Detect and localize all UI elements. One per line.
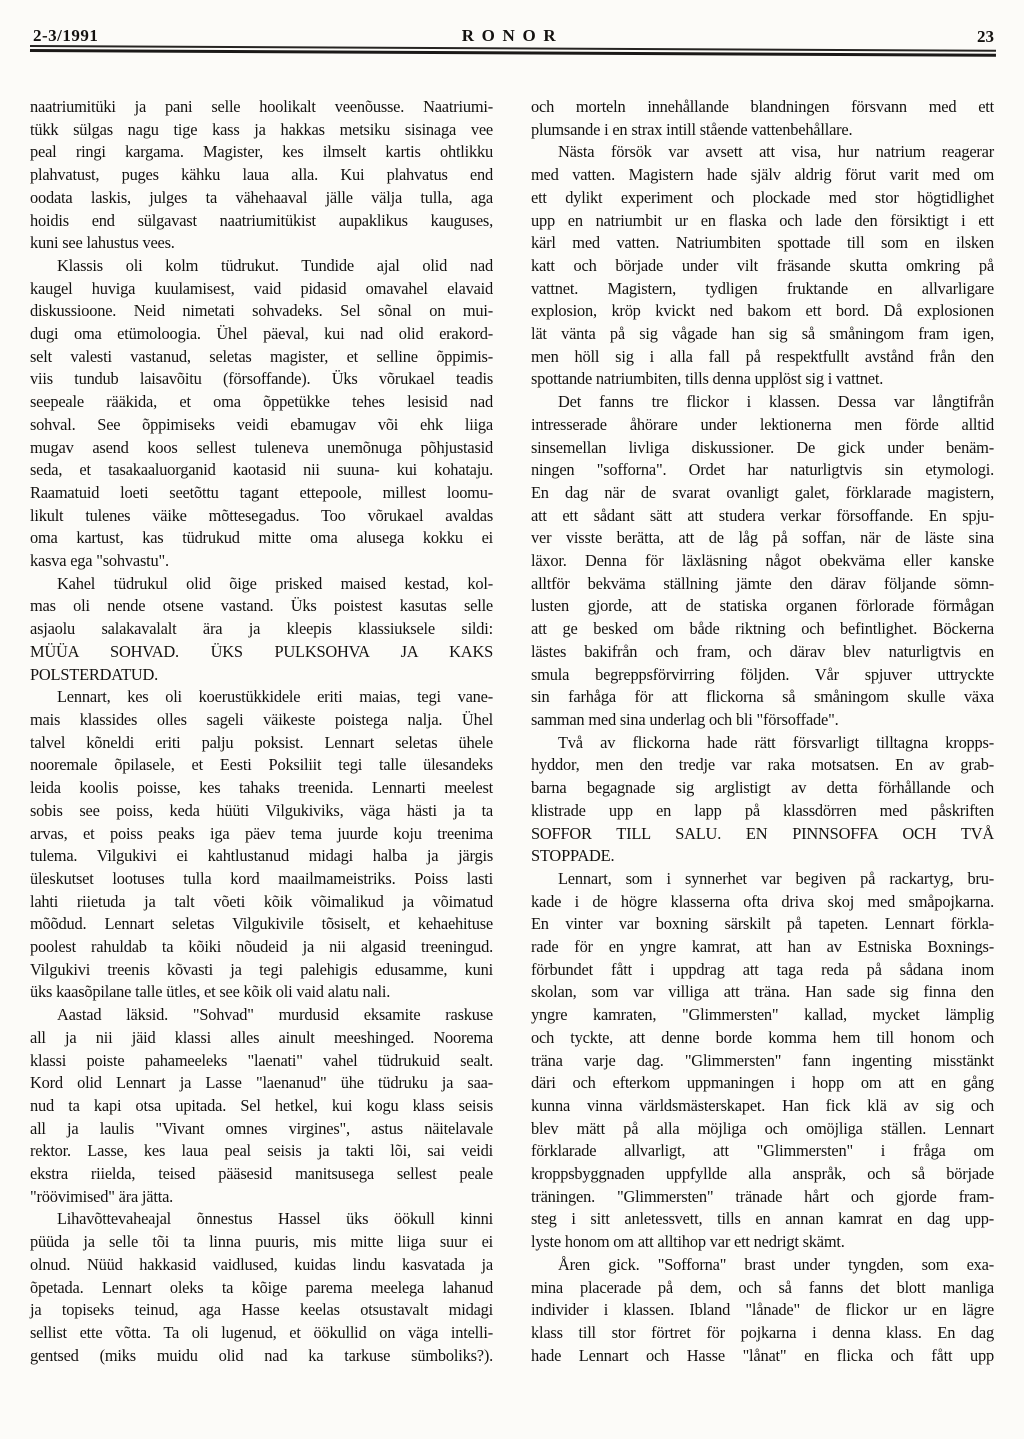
text-line: gentsed (miks muidu olid nad ka tarkuse … [30,1345,493,1368]
text-line: mas oli nende otsene vastand. Üks poiste… [30,595,493,618]
text-line: sohval. See õppimiseks veidi ebamugav võ… [30,414,493,437]
text-line: all ja laulis "Vivant omnes virgines", a… [30,1118,493,1141]
text-line: träna varje dag. "Glimmersten" fann inge… [531,1050,994,1073]
text-line: plumsande i en strax intill stående vatt… [531,119,994,142]
text-line: klistrade upp en lapp på klassdörren med… [531,800,994,823]
paragraph: Kahel tüdrukul olid õige prisked maised … [30,573,493,687]
text-line: sellist ette võtta. Ta oli lugenud, et ö… [30,1322,493,1345]
left-column: naatriumitüki ja pani selle hoolikalt ve… [30,96,493,1367]
text-line: Kahel tüdrukul olid õige prisked maised … [30,573,493,596]
text-line: seda, et tasakaaluorganid kaotasid nii s… [30,459,493,482]
text-line: sinsemellan livliga diskussioner. De gic… [531,437,994,460]
text-line: ekstra riielda, teised pääsesid manitsus… [30,1163,493,1186]
text-line: skolan, som var villiga att träna. Han s… [531,981,994,1004]
text-line: seepeale rääkida, et oma õppetükke tehes… [30,391,493,414]
text-line: med vatten. Magistern hade själv aldrig … [531,164,994,187]
text-line: klassi poiste pahameeleks "laenati" vahe… [30,1050,493,1073]
text-line: selt valesti vastanud, seletas magister,… [30,346,493,369]
text-line: däri och efterkom uppmaningen i hopp om … [531,1072,994,1095]
paragraph: Det fanns tre flickor i klassen. Dessa v… [531,391,994,732]
text-line: kade i de högre klasserna ofta driva sko… [531,891,994,914]
text-line: rade för en yngre kamrat, att han av Est… [531,936,994,959]
text-line: klass till stor förtret för pojkarna i d… [531,1322,994,1345]
text-line: all ja nii jäid klassi alles ainult mees… [30,1027,493,1050]
text-line: katt och började under vilt fräsande sku… [531,255,994,278]
text-line: mina placerade på dem, och så fanns det … [531,1277,994,1300]
text-line: diskussioone. Neid nimetati sohvadeks. S… [30,300,493,323]
text-line: üleskutset lootuses tulla kord maailmame… [30,868,493,891]
text-line: lahti riietuda ja talt võeti kõik võimal… [30,891,493,914]
paragraph: Nästa försök var avsett att visa, hur na… [531,141,994,391]
text-line: att ge besked om både riktning och befin… [531,618,994,641]
text-line: sobis see poiss, keda hüüti Vilgukiviks,… [30,800,493,823]
right-column: och morteln innehållande blandningen för… [531,96,994,1367]
text-line: ver visste berätta, att de låg på soffan… [531,527,994,550]
text-line: lyste honom om att alltihop var ett nedr… [531,1231,994,1254]
text-line: nud ta kapi otsa upitada. Sel hetkel, ku… [30,1095,493,1118]
text-line: upp en natriumbit ur en flaska och lade … [531,210,994,233]
text-line: yngre kamraten, "Glimmersten" kallad, my… [531,1004,994,1027]
text-line: poolest rahuldab ta kõiki nõudeid ja nii… [30,936,493,959]
text-line: förbundet fått i uppdrag att taga reda p… [531,959,994,982]
text-line: mõõdud. Lennart seletas Vilgukivile tõsi… [30,913,493,936]
text-line: ningen "sofforna". Ordet har naturligtvi… [531,459,994,482]
text-line: samman med sina underlag och bli "försof… [531,709,994,732]
document-page: 2-3/1991 RONOR 23 naatriumitüki ja pani … [0,0,1024,1439]
text-line: hoidis end sülgavast naatriumitükist aup… [30,210,493,233]
text-line: oodata laskis, julges ta vähehaaval jäll… [30,187,493,210]
text-line: talvel kõneldi eriti palju poksist. Lenn… [30,732,493,755]
paragraph: Åren gick. "Sofforna" brast under tyngde… [531,1254,994,1368]
paragraph: Klassis oli kolm tüdrukut. Tundide ajal … [30,255,493,573]
text-line: Lennart, som i synnerhet var begiven på … [531,868,994,891]
text-line: plahvatust, puges kähku laua alla. Kui p… [30,164,493,187]
text-line: nooremale õpilasele, et Eesti Poksiliit … [30,754,493,777]
text-line: lusten gjorde, att de statiska organen f… [531,595,994,618]
paragraph: Aastad läksid. "Sohvad" murdusid eksamit… [30,1004,493,1208]
text-line: peal ringi kargama. Magister, kes ilmsel… [30,141,493,164]
text-line: viis tundub laisavõitu (försoffande). Ük… [30,368,493,391]
text-line: alltför bekväma ställning jämte den dära… [531,573,994,596]
text-line: likult tulenes väike mõttesegadus. Too v… [30,505,493,528]
text-line: POLSTERDATUD. [30,664,493,687]
text-line: Det fanns tre flickor i klassen. Dessa v… [531,391,994,414]
text-line: individer i klassen. Ibland "lånade" de … [531,1299,994,1322]
text-line: Två av flickorna hade rätt försvarligt t… [531,732,994,755]
text-line: sin farhåga för att flickorna så småning… [531,686,994,709]
paragraph: och morteln innehållande blandningen för… [531,96,994,141]
paragraph: naatriumitüki ja pani selle hoolikalt ve… [30,96,493,255]
page-number: 23 [977,27,994,47]
text-line: naatriumitüki ja pani selle hoolikalt ve… [30,96,493,119]
text-line: dugi oma etümoloogia. Ühel päeval, kui n… [30,323,493,346]
text-line: STOPPADE. [531,845,994,868]
text-line: steg i sitt anletessvett, tills en annan… [531,1208,994,1231]
text-line: mais klassides olles sageli väikeste poi… [30,709,493,732]
text-line: Aastad läksid. "Sohvad" murdusid eksamit… [30,1004,493,1027]
text-line: kärl med vatten. Natriumbiten spottade t… [531,232,994,255]
text-line: spottande natriumbiten, tills denna uppl… [531,368,994,391]
text-line: üks kaasõpilane talle ütles, et see kõik… [30,981,493,1004]
text-line: Klassis oli kolm tüdrukut. Tundide ajal … [30,255,493,278]
text-line: asjaolu salakavalalt ära ja kleepis klas… [30,618,493,641]
text-line: att ett sådant sätt att studera verkar f… [531,505,994,528]
text-line: Kord olid Lennart ja Lasse "laenanud" üh… [30,1072,493,1095]
text-line: Lihavõttevaheajal õnnestus Hassel üks öö… [30,1208,493,1231]
paragraph: Lihavõttevaheajal õnnestus Hassel üks öö… [30,1208,493,1367]
paragraph: Två av flickorna hade rätt försvarligt t… [531,732,994,868]
text-line: Lennart, kes oli koerustükkidele eriti m… [30,686,493,709]
text-line: blev mätt på alla möjliga och omöjliga s… [531,1118,994,1141]
text-line: Raamatuid loeti seetõttu tagant ettepool… [30,482,493,505]
text-line: lästes bakifrån och fram, och därav blev… [531,641,994,664]
text-line: explosion, kröp kvickt ned bakom ett bor… [531,300,994,323]
text-line: smula begreppsförvirring följden. Vår sp… [531,664,994,687]
text-line: lät vänta på sig vågade han sig så småni… [531,323,994,346]
text-line: kunna vinna världsmästerskapet. Han fick… [531,1095,994,1118]
text-line: hade Lennart och Hasse "lånat" en flicka… [531,1345,994,1368]
text-line: kuni see lahustus vees. [30,232,493,255]
text-line: Nästa försök var avsett att visa, hur na… [531,141,994,164]
text-line: En dag när de svarat ovanligt galet, för… [531,482,994,505]
text-line: läxor. Denna för läxläsning något obekvä… [531,550,994,573]
text-line: oma kartust, kas tüdrukud mitte oma alus… [30,527,493,550]
text-line: õpetada. Lennart oleks ta kõige parema m… [30,1277,493,1300]
text-line: "röövimised" ära jätta. [30,1186,493,1209]
paragraph: Lennart, som i synnerhet var begiven på … [531,868,994,1254]
text-line: och tyckte, att denne borde komma hem ti… [531,1027,994,1050]
text-line: vattnet. Magistern, tydligen fruktande e… [531,278,994,301]
issue-number: 2-3/1991 [33,26,98,46]
text-line: men höll sig i alla fall på respektfullt… [531,346,994,369]
text-line: tulema. Vilgukivi ei kahtlustanud midagi… [30,845,493,868]
journal-title: RONOR [462,26,564,46]
text-line: leida koolis poisse, kes tahaks treenida… [30,777,493,800]
text-line: SOFFOR TILL SALU. EN PINNSOFFA OCH TVÅ [531,823,994,846]
text-line: Vilgukivi treenis kõvasti ja tegi palehi… [30,959,493,982]
text-line: En vinter var boxning särskilt på tapete… [531,913,994,936]
text-line: rektor. Lasse, kes laua peal seisis ja t… [30,1140,493,1163]
text-line: olnud. Nüüd hakkasid vaidlused, kuidas l… [30,1254,493,1277]
text-line: MÜÜA SOHVAD. ÜKS PULKSOHVA JA KAKS [30,641,493,664]
text-line: hyddor, men den tredje var raka motsatse… [531,754,994,777]
text-line: förklarade allvarligt, att "Glimmersten"… [531,1140,994,1163]
text-line: intresserade åhörare under lektionerna m… [531,414,994,437]
text-line: kaugel huviga kuulamisest, vaid pidasid … [30,278,493,301]
text-line: Åren gick. "Sofforna" brast under tyngde… [531,1254,994,1277]
text-line: barna begagnade sig arglistigt av detta … [531,777,994,800]
text-line: ja topiseks teinud, aga Hasse keelas ots… [30,1299,493,1322]
text-line: tükk sülgas nagu tige kass ja hakkas met… [30,119,493,142]
text-line: kasva ega "sohvastu". [30,550,493,573]
text-line: mugav asend koos sellest tuleneva unemõn… [30,437,493,460]
text-line: kroppsbyggnaden uppfyllde alla anspråk, … [531,1163,994,1186]
text-line: och morteln innehållande blandningen för… [531,96,994,119]
text-line: arvas, et poiss peaks iga päev tema juur… [30,823,493,846]
text-line: träningen. "Glimmersten" tränade hårt oc… [531,1186,994,1209]
text-columns: naatriumitüki ja pani selle hoolikalt ve… [30,96,994,1367]
paragraph: Lennart, kes oli koerustükkidele eriti m… [30,686,493,1004]
text-line: püüda ja selle tõi ta linna puuris, mis … [30,1231,493,1254]
text-line: ett dylikt experiment och plockade med s… [531,187,994,210]
